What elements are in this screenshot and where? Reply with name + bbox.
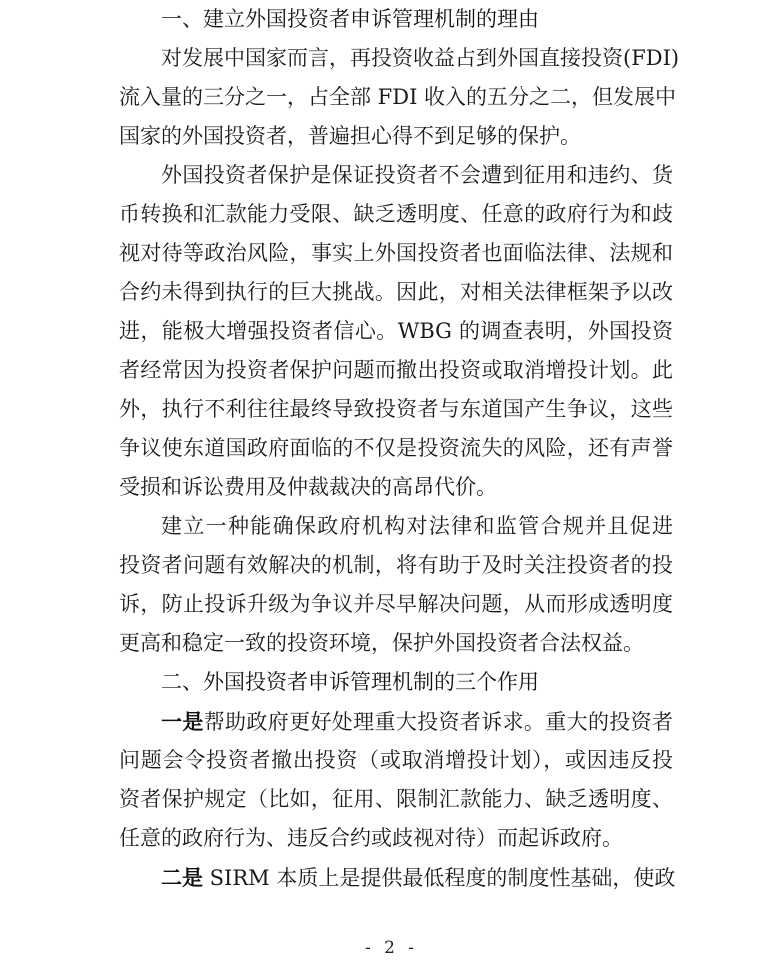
paragraph-line: 视对待等政治风险，事实上外国投资者也面临法律、法规和 [119,234,673,273]
section-heading-1: 一、建立外国投资者申诉管理机制的理由 [161,0,673,39]
paragraph-line: 投资者问题有效解决的机制，将有助于及时关注投资者的投 [119,546,673,585]
paragraph-line: 资者保护规定（比如，征用、限制汇款能力、缺乏透明度、 [119,780,673,819]
page-number: - 2 - [0,936,783,960]
paragraph-line: 一是帮助政府更好处理重大投资者诉求。重大的投资者 [161,702,673,741]
paragraph-line: 二是 SIRM 本质上是提供最低程度的制度性基础，使政 [161,858,673,897]
paragraph-text: 帮助政府更好处理重大投资者诉求。重大的投资者 [204,710,673,734]
paragraph-line: 进，能极大增强投资者信心。WBG 的调查表明，外国投资 [119,312,673,351]
paragraph-line: 流入量的三分之一，占全部 FDI 收入的五分之二，但发展中 [119,78,673,117]
paragraph-line: 诉，防止投诉升级为争议并尽早解决问题，从而形成透明度 [119,585,673,624]
paragraph-line: 者经常因为投资者保护问题而撤出投资或取消增投计划。此 [119,351,673,390]
bold-lead-text: 二是 [161,865,203,890]
paragraph-line: 对发展中国家而言，再投资收益占到外国直接投资(FDI) [161,39,673,78]
paragraph-line: 问题会令投资者撤出投资（或取消增投计划），或因违反投 [119,741,673,780]
paragraph-line: 争议使东道国政府面临的不仅是投资流失的风险，还有声誉 [119,429,673,468]
paragraph-line: 更高和稳定一致的投资环境，保护外国投资者合法权益。 [119,624,673,663]
paragraph-text: SIRM 本质上是提供最低程度的制度性基础，使政 [203,866,675,890]
paragraph-line: 国家的外国投资者，普遍担心得不到足够的保护。 [119,117,673,156]
paragraph-line: 任意的政府行为、违反合约或歧视对待）而起诉政府。 [119,819,673,858]
bold-lead-text: 一是 [161,709,204,734]
paragraph-line: 外国投资者保护是保证投资者不会遭到征用和违约、货 [161,156,673,195]
paragraph-line: 合约未得到执行的巨大挑战。因此，对相关法律框架予以改 [119,273,673,312]
paragraph-line: 外，执行不利往往最终导致投资者与东道国产生争议，这些 [119,390,673,429]
paragraph-line: 受损和诉讼费用及仲裁裁决的高昂代价。 [119,468,673,507]
section-heading-2: 二、外国投资者申诉管理机制的三个作用 [161,663,673,702]
paragraph-line: 建立一种能确保政府机构对法律和监管合规并且促进 [161,507,673,546]
paragraph-line: 币转换和汇款能力受限、缺乏透明度、任意的政府行为和歧 [119,195,673,234]
